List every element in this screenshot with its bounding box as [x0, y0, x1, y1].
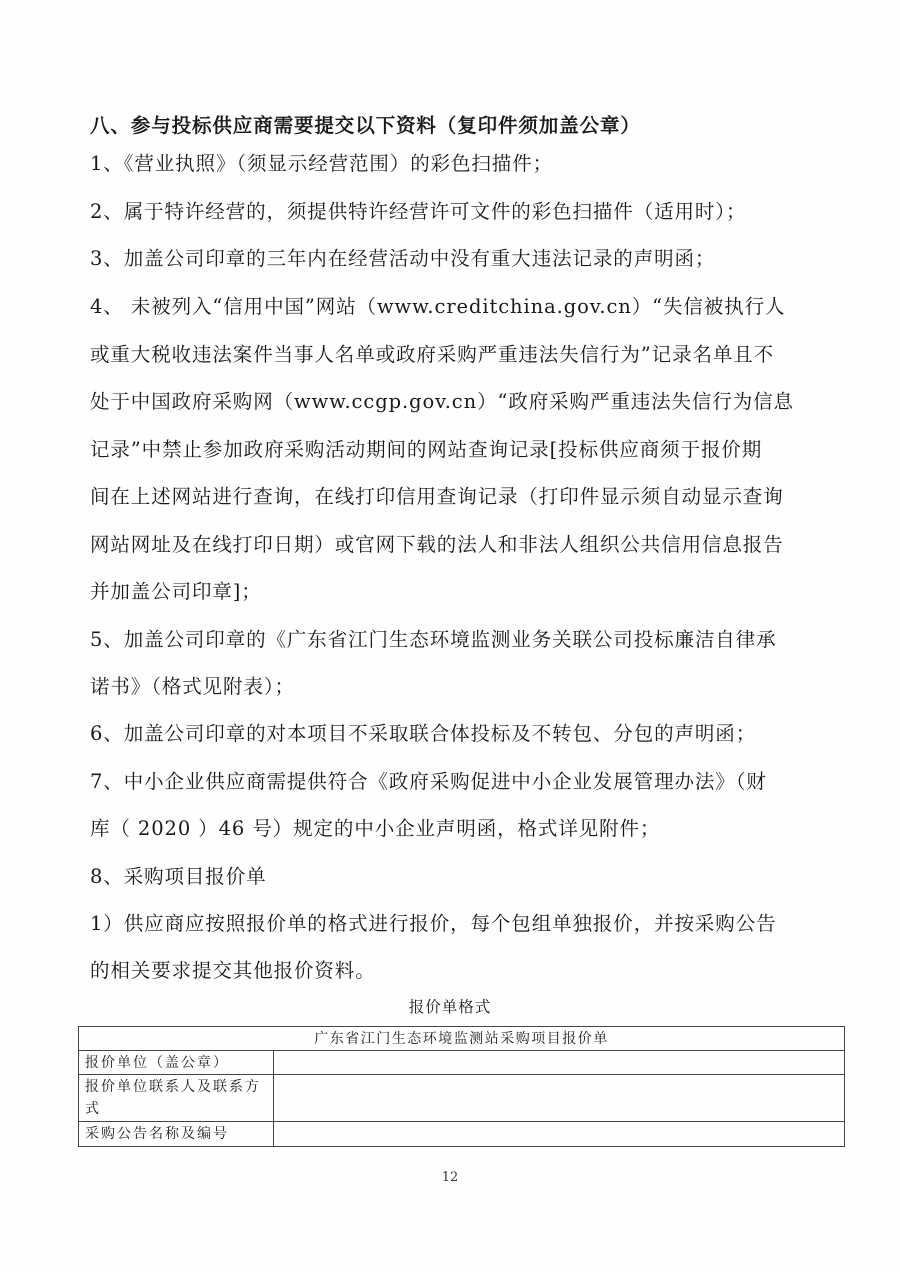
item-7-line-1: 7、中小企业供应商需提供符合《政府采购促进中小企业发展管理办法》（财 [90, 758, 810, 806]
page-number: 12 [0, 1170, 900, 1185]
item-8: 8、采购项目报价单 [90, 853, 810, 901]
item-6: 6、加盖公司印章的对本项目不采取联合体投标及不转包、分包的声明函； [90, 710, 810, 758]
item-5-line-2: 诺书》（格式见附表）； [90, 663, 810, 711]
row-label-announcement: 采购公告名称及编号 [79, 1122, 274, 1147]
item-8-sub-1-line-1: 1）供应商应按照报价单的格式进行报价，每个包组单独报价，并按采购公告 [90, 900, 810, 948]
row-label-contact: 报价单位联系人及联系方式 [79, 1075, 274, 1122]
item-2: 2、属于特许经营的，须提供特许经营许可文件的彩色扫描件（适用时）； [90, 188, 810, 236]
row-value-contact [274, 1075, 845, 1122]
item-4-line-5: 间在上述网站进行查询，在线打印信用查询记录（打印件显示须自动显示查询 [90, 473, 810, 521]
table-row: 报价单位（盖公章） [79, 1051, 845, 1075]
item-3: 3、加盖公司印章的三年内在经营活动中没有重大违法记录的声明函； [90, 235, 810, 283]
quote-form-title: 广东省江门生态环境监测站采购项目报价单 [79, 1027, 845, 1051]
item-4-line-2: 或重大税收违法案件当事人名单或政府采购严重违法失信行为”记录名单且不 [90, 331, 810, 379]
table-row: 报价单位联系人及联系方式 [79, 1075, 845, 1122]
quote-form-title-row: 广东省江门生态环境监测站采购项目报价单 [79, 1027, 845, 1051]
row-value-quoting-unit [274, 1051, 845, 1075]
item-1: 1、《营业执照》（须显示经营范围）的彩色扫描件； [90, 140, 810, 188]
row-value-announcement [274, 1122, 845, 1147]
item-4-line-4: 记录”中禁止参加政府采购活动期间的网站查询记录[投标供应商须于报价期 [90, 426, 810, 474]
document-page: 八、参与投标供应商需要提交以下资料（复印件须加盖公章） 1、《营业执照》（须显示… [0, 0, 900, 1272]
item-7-line-2: 库（ 2020 ）46 号）规定的中小企业声明函，格式详见附件； [90, 805, 810, 853]
item-4-line-3: 处于中国政府采购网（www.ccgp.gov.cn）“政府采购严重违法失信行为信… [90, 378, 810, 426]
quote-form-caption: 报价单格式 [0, 995, 900, 1017]
item-5-line-1: 5、加盖公司印章的《广东省江门生态环境监测业务关联公司投标廉洁自律承 [90, 616, 810, 664]
table-row: 采购公告名称及编号 [79, 1122, 845, 1147]
item-4-line-1: 4、 未被列入“信用中国”网站（www.creditchina.gov.cn）“… [90, 283, 810, 331]
item-4-line-7: 并加盖公司印章]； [90, 568, 810, 616]
quote-form-table: 广东省江门生态环境监测站采购项目报价单 报价单位（盖公章） 报价单位联系人及联系… [78, 1026, 845, 1147]
item-8-sub-1-line-2: 的相关要求提交其他报价资料。 [90, 947, 810, 995]
row-label-quoting-unit: 报价单位（盖公章） [79, 1051, 274, 1075]
item-4-line-6: 网站网址及在线打印日期）或官网下载的法人和非法人组织公共信用信息报告 [90, 521, 810, 569]
